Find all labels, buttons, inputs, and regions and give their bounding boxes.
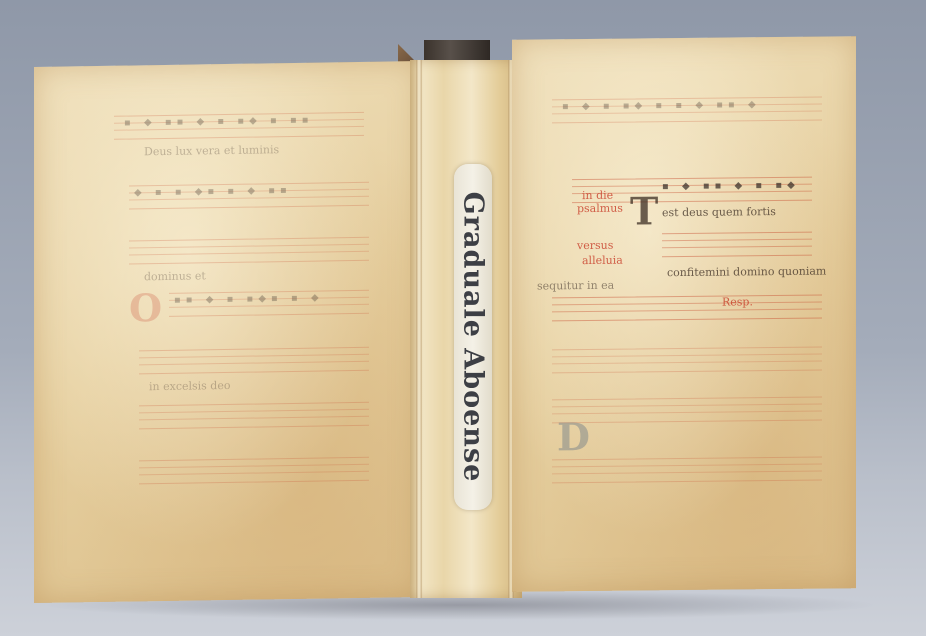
black-initial: T — [630, 188, 658, 233]
manuscript-text: est deus quem fortis — [662, 205, 776, 219]
spine-title: Graduale Aboense — [458, 192, 489, 483]
manuscript-text: Deus lux vera et luminis — [144, 143, 279, 158]
music-staff — [139, 347, 369, 375]
rubric: in die — [582, 189, 613, 202]
music-staff — [662, 232, 812, 258]
music-staff — [139, 457, 369, 485]
rubric: psalmus — [577, 202, 623, 215]
music-staff — [552, 397, 822, 424]
neumes: ▪▪ ◆ ▪ ▪◆▪ ▪ ◆ — [174, 292, 324, 305]
manuscript-text: dominus et — [144, 269, 206, 283]
music-staff — [139, 402, 369, 430]
rubric: versus — [577, 239, 613, 252]
music-staff — [552, 347, 822, 374]
rubric: alleluia — [582, 254, 623, 267]
manuscript-text: in excelsis deo — [149, 379, 230, 393]
manuscript-text: sequitur in ea — [537, 279, 614, 293]
neumes: ▪ ◆ ▪▪ ◆ ▪ ▪◆ — [662, 180, 800, 192]
manuscript-text: confitemini domino quoniam — [667, 265, 826, 280]
music-staff — [552, 295, 822, 322]
front-cover: ▪ ◆ ▪ ▪◆ ▪ ▪ ◆ ▪▪ ◆ in die psalmus T est… — [512, 36, 856, 592]
blue-initial: D — [557, 414, 590, 459]
neumes: ▪ ◆ ▪ ▪◆ ▪ ▪ ◆ ▪▪ ◆ — [562, 99, 761, 112]
red-initial: O — [129, 285, 162, 331]
music-staff — [129, 237, 369, 265]
rubric: Resp. — [722, 295, 753, 308]
music-staff — [552, 457, 822, 484]
manuscript-leaf-right: ▪ ◆ ▪ ▪◆ ▪ ▪ ◆ ▪▪ ◆ in die psalmus T est… — [512, 36, 856, 40]
spine-hinge-left — [416, 60, 422, 598]
back-cover: ▪ ◆ ▪▪ ◆ ▪ ▪◆ ▪ ▪▪ Deus lux vera et lumi… — [34, 61, 420, 603]
manuscript-leaf-left: ▪ ◆ ▪▪ ◆ ▪ ▪◆ ▪ ▪▪ Deus lux vera et lumi… — [34, 61, 420, 67]
